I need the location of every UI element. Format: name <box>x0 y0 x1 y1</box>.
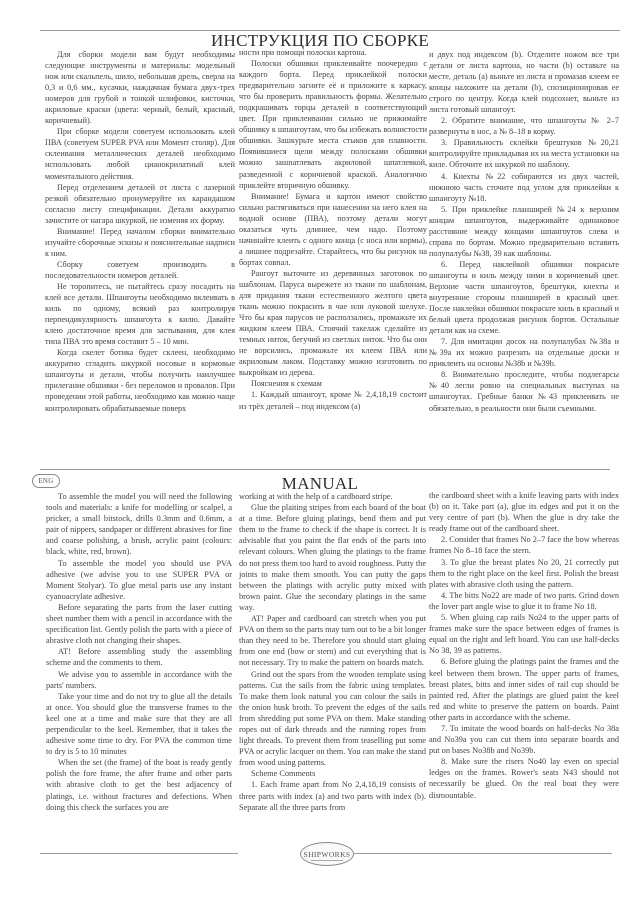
paragraph: Before separating the parts from the las… <box>46 602 232 646</box>
paragraph: 7. To imitate the wood boards on half-de… <box>429 723 619 756</box>
paragraph: Сборку советуем производить в последоват… <box>45 259 235 281</box>
section-divider <box>40 469 610 470</box>
paragraph: Рангоут выточите из деревянных заготовок… <box>239 268 427 378</box>
paragraph: Для сборки модели вам будут необходимы с… <box>45 49 235 126</box>
logo-underline <box>311 860 343 861</box>
paragraph: и двух под индексом (b). Отделите ножом … <box>429 49 619 115</box>
paragraph: Не торопитесь, не пытайтесь сразу посади… <box>45 281 235 347</box>
scheme-comments-heading: Scheme Comments <box>239 768 426 779</box>
paragraph: working at with the help of a cardboard … <box>239 491 426 502</box>
paragraph: AT! Paper and cardboard can stretch when… <box>239 613 426 668</box>
paragraph: 4. Кнехты №22 собираются из двух частей,… <box>429 171 619 204</box>
paragraph: При сборке модели советуем использовать … <box>45 126 235 181</box>
shipworks-logo: SHIPWORKS <box>300 842 354 866</box>
footer-divider-right <box>350 853 612 854</box>
paragraph: Grind out the spars from the wooden temp… <box>239 669 426 769</box>
paragraph: We advise you to assemble in accordance … <box>46 669 232 691</box>
paragraph: 5. When gluing cap rails No24 to the upp… <box>429 612 619 656</box>
paragraph: 8. Внимательно проследите, чтобы подлега… <box>429 369 619 413</box>
paragraph: Полоски обшивки приклеивайте поочередно … <box>239 58 427 191</box>
paragraph: 2. Обратите внимание, что шпангоуты № 2–… <box>429 115 619 137</box>
russian-column-2: ности при помощи полоски картона. Полоск… <box>239 47 427 412</box>
paragraph: 1. Каждый шпангоут, кроме № 2,4,18,19 со… <box>239 389 427 411</box>
paragraph: 3. Правильность склейки брештуков №20,21… <box>429 137 619 170</box>
paragraph: 7. Для имитации досок на полупалубах №38… <box>429 336 619 369</box>
russian-column-3: и двух под индексом (b). Отделите ножом … <box>429 49 619 414</box>
paragraph: 6. Before gluing the platings paint the … <box>429 656 619 723</box>
logo-text: SHIPWORKS <box>304 850 351 859</box>
paragraph: Когда скелет ботика будет склеен, необхо… <box>45 347 235 413</box>
paragraph: When the set (the frame) of the boat is … <box>46 757 232 812</box>
paragraph: Внимание! Перед началом сборки вниматель… <box>45 226 235 259</box>
russian-column-1: Для сборки модели вам будут необходимы с… <box>45 49 235 414</box>
paragraph: 4. The bitts No22 are made of two parts.… <box>429 590 619 612</box>
paragraph: 3. To glue the breast plates No 20, 21 c… <box>429 557 619 590</box>
english-column-2: working at with the help of a cardboard … <box>239 491 426 813</box>
paragraph: To assemble the model you will need the … <box>46 491 232 558</box>
paragraph: 2. Consider that frames No 2–7 face the … <box>429 534 619 556</box>
paragraph: Перед отделением деталей от листа с лазе… <box>45 182 235 226</box>
english-column-3: the cardboard sheet with a knife leaving… <box>429 490 619 801</box>
footer-divider-left <box>40 853 238 854</box>
paragraph: Glue the plaiting stripes from each boar… <box>239 502 426 613</box>
scheme-notes-heading: Пояснения к схемам <box>239 378 427 389</box>
paragraph: ности при помощи полоски картона. <box>239 47 427 58</box>
english-column-1: To assemble the model you will need the … <box>46 491 232 813</box>
paragraph: To assemble the model you should use PVA… <box>46 558 232 602</box>
paragraph: 6. Перед наклейкой обшивки покрасьте шпа… <box>429 259 619 336</box>
paragraph: AT! Before assembling study the assembli… <box>46 646 232 668</box>
paragraph: 1. Each frame apart from No 2,4,18,19 co… <box>239 779 426 812</box>
paragraph: Внимание! Бумага и картон имеют свойство… <box>239 191 427 268</box>
paragraph: Take your time and do not try to glue al… <box>46 691 232 758</box>
paragraph: the cardboard sheet with a knife leaving… <box>429 490 619 534</box>
paragraph: 8. Make sure the risers No40 lay even on… <box>429 756 619 800</box>
paragraph: 5. При приклейке планширей №24 к верхним… <box>429 204 619 259</box>
